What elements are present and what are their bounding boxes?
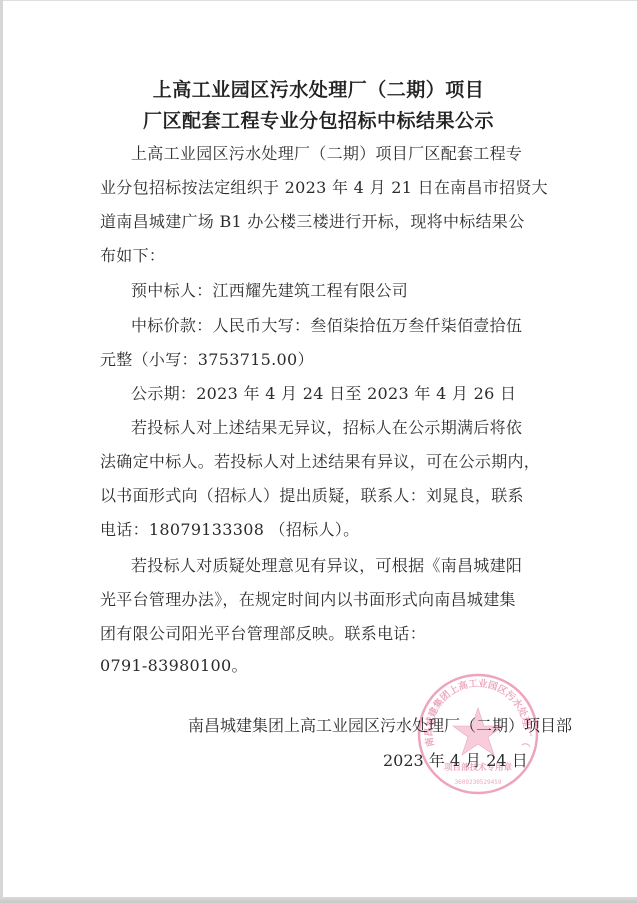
text-line: 团有限公司阳光平台管理部反映。联系电话： [100,621,426,644]
text-line: 布如下： [100,243,165,266]
text-line: 业分包招标按法定组织于 2023 年 4 月 21 日在南昌市招贤大 [100,175,548,198]
text-line: 中标价款：人民币大写：叁佰柒拾伍万叁仟柒佰壹拾伍 [131,313,522,336]
text-line: 道南昌城建广场 B1 办公楼三楼进行开标，现将中标结果公 [100,209,525,232]
page-bottom-border [0,897,637,903]
period-line: 公示期：2023 年 4 月 24 日至 2023 年 4 月 26 日 [131,381,516,404]
text-line: 以书面形式向（招标人）提出质疑，联系人：刘晁良，联系 [100,483,524,506]
signature-organization: 南昌城建集团上高工业园区污水处理厂（二期）项目部 [188,713,572,736]
document-title-line2: 厂区配套工程专业分包招标中标结果公示 [0,106,637,133]
text-line: 光平台管理办法》，在规定时间内以书面形式向南昌城建集 [100,587,516,610]
text-line: 电话：18079133308 （招标人）。 [100,517,359,540]
document-title-line1: 上高工业园区污水处理厂（二期）项目 [0,75,637,102]
winner-line: 预中标人：江西耀先建筑工程有限公司 [131,278,408,301]
signature-date: 2023 年 4 月 24 日 [383,748,528,771]
text-line: 若投标人对上述结果无异议，招标人在公示期满后将依 [131,415,522,438]
text-line: 元整（小写：3753715.00） [100,347,314,370]
text-line: 0791-83980100。 [100,653,248,676]
text-line: 法确定中标人。若投标人对上述结果有异议，可在公示期内， [100,449,540,472]
text-line: 若投标人对质疑处理意见有异议，可根据《南昌城建阳 [131,553,522,576]
text-line: 上高工业园区污水处理厂（二期）项目厂区配套工程专 [131,141,522,164]
